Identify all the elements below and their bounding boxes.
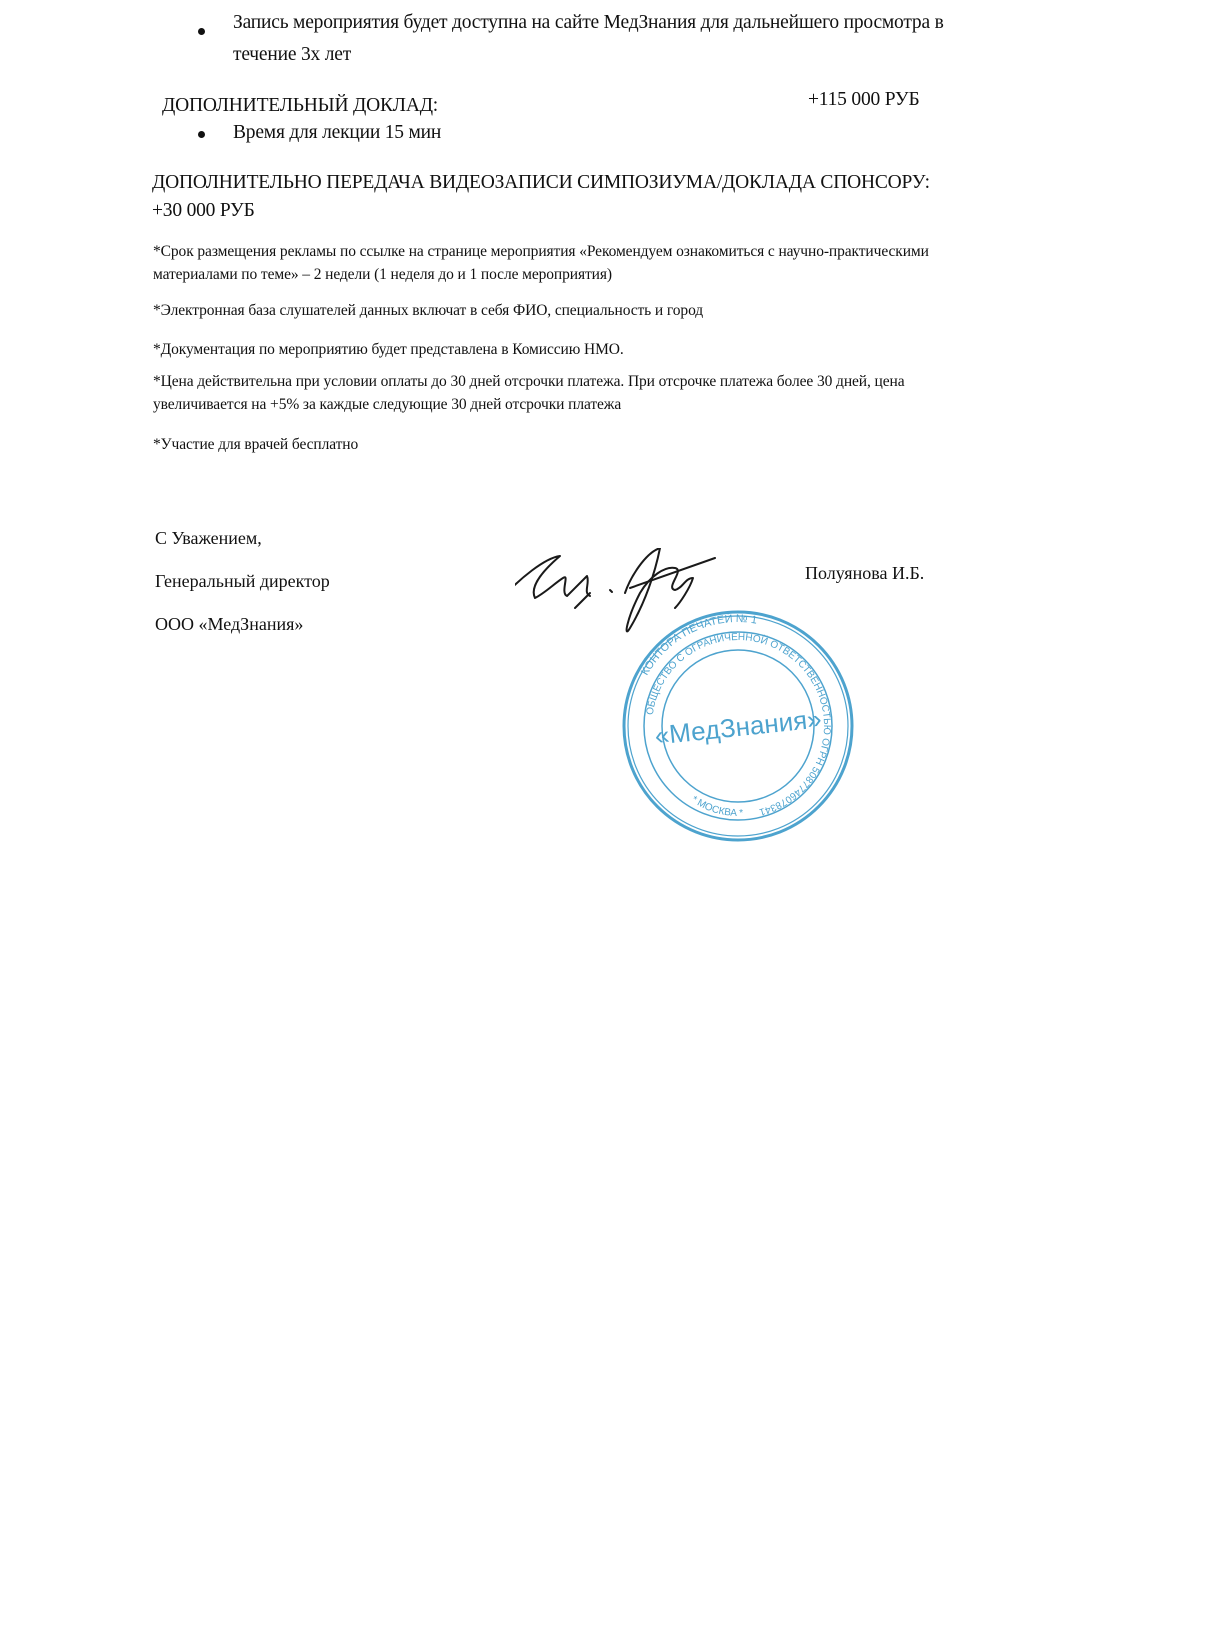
lecture-time: Время для лекции 15 мин xyxy=(233,122,441,144)
note-documentation: *Документация по мероприятию будет предс… xyxy=(153,341,624,359)
note-ad-period-line2: материалами по теме» – 2 недели (1 недел… xyxy=(153,266,612,284)
record-availability-line2: течение 3х лет xyxy=(233,44,351,66)
note-free-participation: *Участие для врачей бесплатно xyxy=(153,436,358,454)
signature xyxy=(515,548,825,678)
additional-report-price: +115 000 РУБ xyxy=(808,89,920,111)
additional-report-label: ДОПОЛНИТЕЛЬНЫЙ ДОКЛАД: xyxy=(162,95,438,117)
video-transfer-line1: ДОПОЛНИТЕЛЬНО ПЕРЕДАЧА ВИДЕОЗАПИСИ СИМПО… xyxy=(152,172,930,194)
note-price-line2: увеличивается на +5% за каждые следующие… xyxy=(153,396,621,414)
closing-regards: С Уважением, xyxy=(155,528,262,549)
note-database: *Электронная база слушателей данных вклю… xyxy=(153,302,703,320)
stamp-center-text: «МедЗнания» xyxy=(653,703,823,750)
closing-position: Генеральный директор xyxy=(155,571,330,592)
closing-company: ООО «МедЗнания» xyxy=(155,614,303,635)
note-ad-period-line1: *Срок размещения рекламы по ссылке на ст… xyxy=(153,243,929,261)
record-availability-line1: Запись мероприятия будет доступна на сай… xyxy=(233,12,944,34)
bullet-dot xyxy=(198,131,205,138)
video-transfer-price: +30 000 РУБ xyxy=(152,200,255,222)
note-price-line1: *Цена действительна при условии оплаты д… xyxy=(153,373,905,391)
stamp-city-text: * МОСКВА * xyxy=(689,794,743,819)
bullet-dot xyxy=(198,28,205,35)
